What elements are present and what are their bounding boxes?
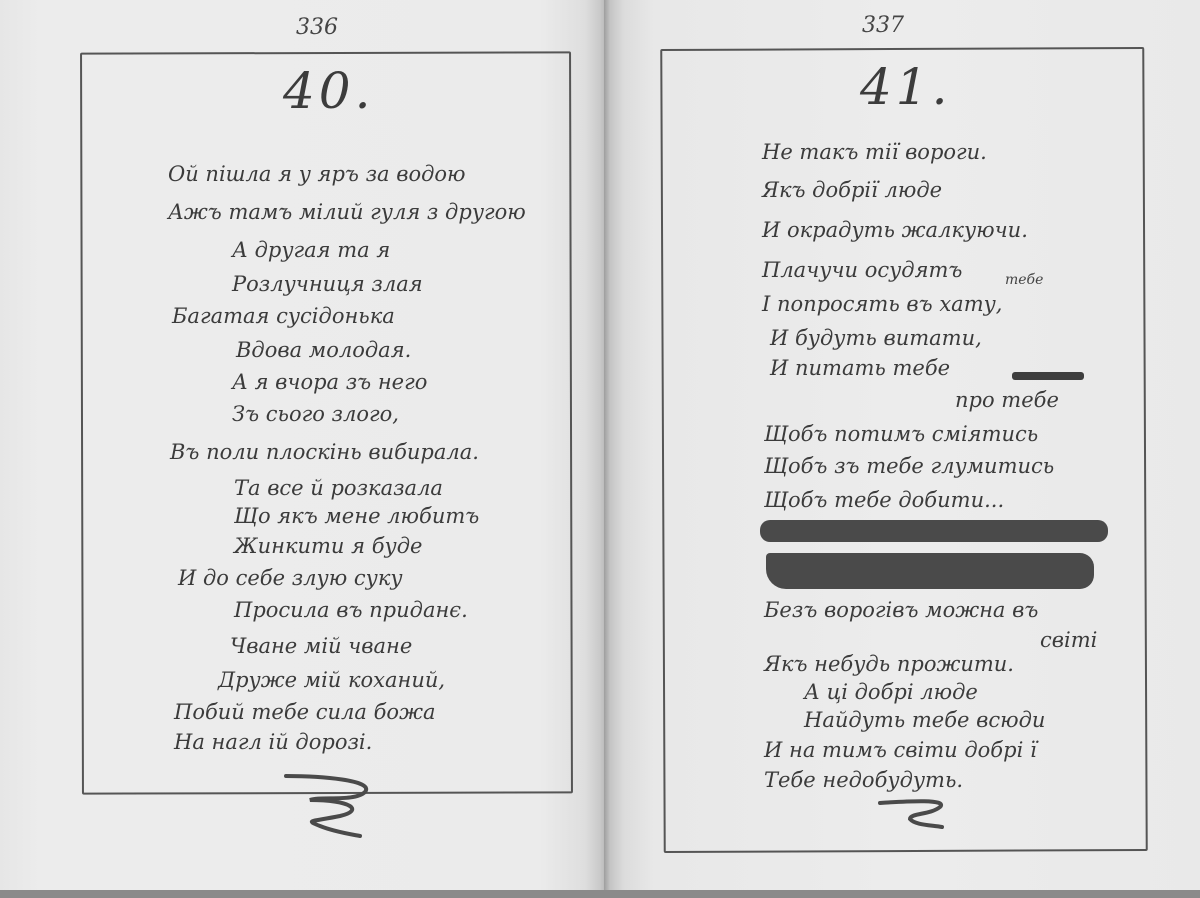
poem-line: Просила въ приданє.: [234, 598, 468, 622]
manuscript-spread: 336 40. Ой пішла я у яръ за водою Ажъ та…: [0, 0, 1200, 898]
left-page-number: 336: [296, 15, 338, 40]
poem-line: И окрадуть жалкуючи.: [762, 218, 1028, 242]
right-page-frame: [660, 47, 1148, 853]
poem-line: І попросять въ хату,: [762, 292, 1002, 316]
poem-line: Та все й розказала: [234, 476, 443, 500]
poem-line: Жинкити я буде: [234, 534, 422, 558]
poem-line: Вдова молодая.: [236, 338, 411, 362]
poem-line: Якъ добрії люде: [762, 178, 942, 202]
poem-line: А ці добрі люде: [804, 680, 978, 704]
poem-line: Найдуть тебе всюди: [804, 708, 1045, 732]
poem-line: А другая та я: [232, 238, 390, 262]
poem-line: И будуть витати,: [770, 326, 982, 350]
poem-line: про тебе: [955, 388, 1059, 412]
poem-line: Зъ сього злого,: [232, 402, 399, 426]
right-page-number: 337: [862, 13, 904, 38]
poem-line: Ой пішла я у яръ за водою: [168, 162, 466, 186]
poem-line: Побий тебе сила божа: [174, 700, 435, 724]
poem-line: Багатая сусідонька: [172, 304, 395, 328]
poem-line: Плачучи осудятъ: [762, 258, 962, 282]
right-poem-number: 41.: [860, 58, 952, 116]
poem-line: Тебе недобудуть.: [764, 768, 963, 792]
inserted-word: тебе: [1005, 272, 1043, 288]
poem-line: Въ поли плоскінь вибирала.: [170, 440, 479, 464]
poem-line: Друже мій коханий,: [218, 668, 445, 692]
poem-line: Щобъ зъ тебе глумитись: [764, 454, 1054, 478]
poem-line: И на тимъ світи добрі ї: [764, 738, 1037, 762]
struck-word-mark: [1012, 372, 1084, 380]
left-poem-number: 40.: [283, 62, 375, 120]
poem-line: А я вчора зъ него: [232, 370, 427, 394]
struck-line-block-2: [766, 553, 1094, 589]
struck-line-block-1: [760, 520, 1108, 542]
poem-line: світі: [1040, 628, 1097, 652]
scan-bottom-edge: [0, 890, 1200, 898]
poem-line: Ажъ тамъ мілий гуля з другою: [168, 200, 526, 224]
poem-line: И до себе злую суку: [178, 566, 403, 590]
poem-line: Розлучниця злая: [232, 272, 423, 296]
poem-line: Щобъ потимъ сміятись: [764, 422, 1038, 446]
poem-line: Чване мій чване: [230, 634, 412, 658]
poem-line: На нагл ій дорозі.: [174, 730, 372, 754]
poem-line: И питать тебе: [770, 356, 950, 380]
poem-line: Якъ небудь прожити.: [764, 652, 1014, 676]
poem-line: Не такъ тії вороги.: [762, 140, 987, 164]
squiggle-end-mark-icon: [280, 770, 380, 840]
squiggle-end-mark-icon: [870, 795, 960, 845]
poem-line: Щобъ тебе добити...: [764, 488, 1004, 512]
poem-line: Безъ ворогівъ можна въ: [764, 598, 1038, 622]
poem-line: Що якъ мене любитъ: [234, 504, 479, 528]
